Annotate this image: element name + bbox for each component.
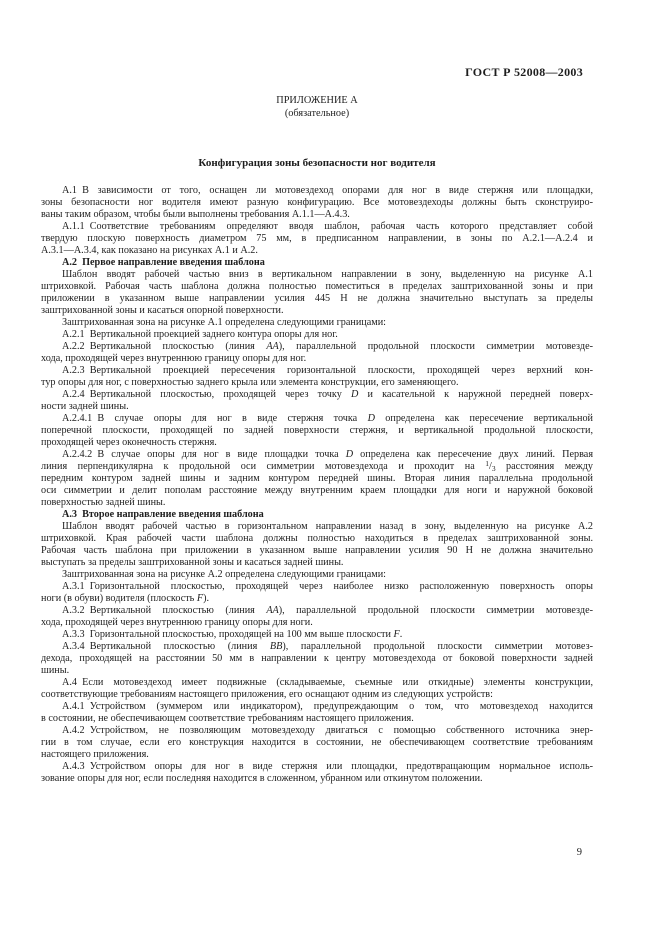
- text-line: линия перпендикулярна к продольной оси с…: [41, 461, 593, 473]
- text-line: в состоянии, не обеспечивающем соответст…: [41, 713, 593, 725]
- text-line: хода, проходящей через внутреннюю границ…: [41, 353, 593, 365]
- text-line: Шаблон вводят рабочей частью вниз в верт…: [41, 269, 593, 281]
- text-line: Шаблон вводят рабочей частью в горизонта…: [41, 521, 593, 533]
- text-line: передним контуром задней шины и задним к…: [41, 473, 593, 485]
- text-line: настоящего приложения.: [41, 749, 593, 761]
- text-line: твердую плоскую поверхность диаметром 75…: [41, 233, 593, 245]
- text-line: дехода, проходящей на расстоянии 50 мм в…: [41, 653, 593, 665]
- text-line: зование опоры для ног, если последняя на…: [41, 773, 593, 785]
- page-number: 9: [577, 847, 582, 858]
- text-line: штриховкой. Рабочая часть шаблона должна…: [41, 281, 593, 293]
- text-line: Заштрихованная зона на рисунке А.2 опред…: [41, 569, 593, 581]
- text-line: А.3.2 Вертикальной плоскостью (линия AA)…: [41, 605, 593, 617]
- text-line: ноги (в обуви) водителя (плоскость F).: [41, 593, 593, 605]
- text-line: гии в том случае, если его конструкция н…: [41, 737, 593, 749]
- text-line: хода, проходящей через внутреннюю границ…: [41, 617, 593, 629]
- text-line: соответствующие требованиям настоящего п…: [41, 689, 593, 701]
- text-line: проходящей через оконечность стержня.: [41, 437, 593, 449]
- body-text: А.1 В зависимости от того, оснащен ли мо…: [41, 185, 593, 785]
- appendix-sublabel: (обязательное): [41, 107, 593, 120]
- text-line: А.3.3 Горизонтальной плоскостью, проходя…: [41, 629, 593, 641]
- text-line: штриховкой. Края рабочей части шаблона д…: [41, 533, 593, 545]
- text-line: А.2.4.1 В случае опоры для ног в виде ст…: [41, 413, 593, 425]
- text-line: зоны безопасности ног водителя имеют раз…: [41, 197, 593, 209]
- text-line: поперечной плоскости, проходящей по задн…: [41, 425, 593, 437]
- text-line: приложении в указанном выше направлении …: [41, 293, 593, 305]
- text-line: А.3.4 Вертикальной плоскостью (линия BB)…: [41, 641, 593, 653]
- text-line: А.3.1—А.3.4, как показано на рисунках А.…: [41, 245, 593, 257]
- text-line: А.1 В зависимости от того, оснащен ли мо…: [41, 185, 593, 197]
- document-page: ГОСТ Р 52008—2003 ПРИЛОЖЕНИЕ А (обязател…: [0, 0, 661, 936]
- text-line: А.4.1 Устройством (зуммером или индикато…: [41, 701, 593, 713]
- text-line: А.2.4.2 В случае опоры для ног в виде пл…: [41, 449, 593, 461]
- document-code: ГОСТ Р 52008—2003: [465, 65, 583, 80]
- appendix-heading: ПРИЛОЖЕНИЕ А (обязательное): [41, 94, 593, 120]
- text-line: А.4.3 Устройством опоры для ног в виде с…: [41, 761, 593, 773]
- text-line: А.1.1 Соответствие требованиям определяю…: [41, 221, 593, 233]
- text-line: выступать за пределы заштрихованной зоны…: [41, 557, 593, 569]
- text-line: тур опоры для ног, с поверхностью заднег…: [41, 377, 593, 389]
- appendix-label: ПРИЛОЖЕНИЕ А: [41, 94, 593, 107]
- text-line: А.4 Если мотовездеход имеет подвижные (с…: [41, 677, 593, 689]
- text-line: Заштрихованная зона на рисунке А.1 опред…: [41, 317, 593, 329]
- text-line: А.3.1 Горизонтальной плоскостью, проходя…: [41, 581, 593, 593]
- text-line: А.2.1 Вертикальной проекцией заднего кон…: [41, 329, 593, 341]
- text-line: ности задней шины.: [41, 401, 593, 413]
- section-title: Конфигурация зоны безопасности ног водит…: [41, 157, 593, 169]
- text-line: А.2.2 Вертикальной плоскостью (линия AA)…: [41, 341, 593, 353]
- text-line: А.2 Первое направление введения шаблона: [41, 257, 593, 269]
- text-line: поверхностью задней шины.: [41, 497, 593, 509]
- text-line: А.3 Второе направление введения шаблона: [41, 509, 593, 521]
- text-line: ваны таким образом, чтобы были выполнены…: [41, 209, 593, 221]
- text-line: А.2.4 Вертикальной плоскостью, проходяще…: [41, 389, 593, 401]
- text-line: заштрихованной зоны и касаться опорной п…: [41, 305, 593, 317]
- text-line: шины.: [41, 665, 593, 677]
- text-line: Рабочая часть шаблона при приложении в у…: [41, 545, 593, 557]
- text-line: оси симметрии и делит пополам расстояние…: [41, 485, 593, 497]
- text-line: А.4.2 Устройством, не позволяющим мотове…: [41, 725, 593, 737]
- text-line: А.2.3 Вертикальной проекцией пересечения…: [41, 365, 593, 377]
